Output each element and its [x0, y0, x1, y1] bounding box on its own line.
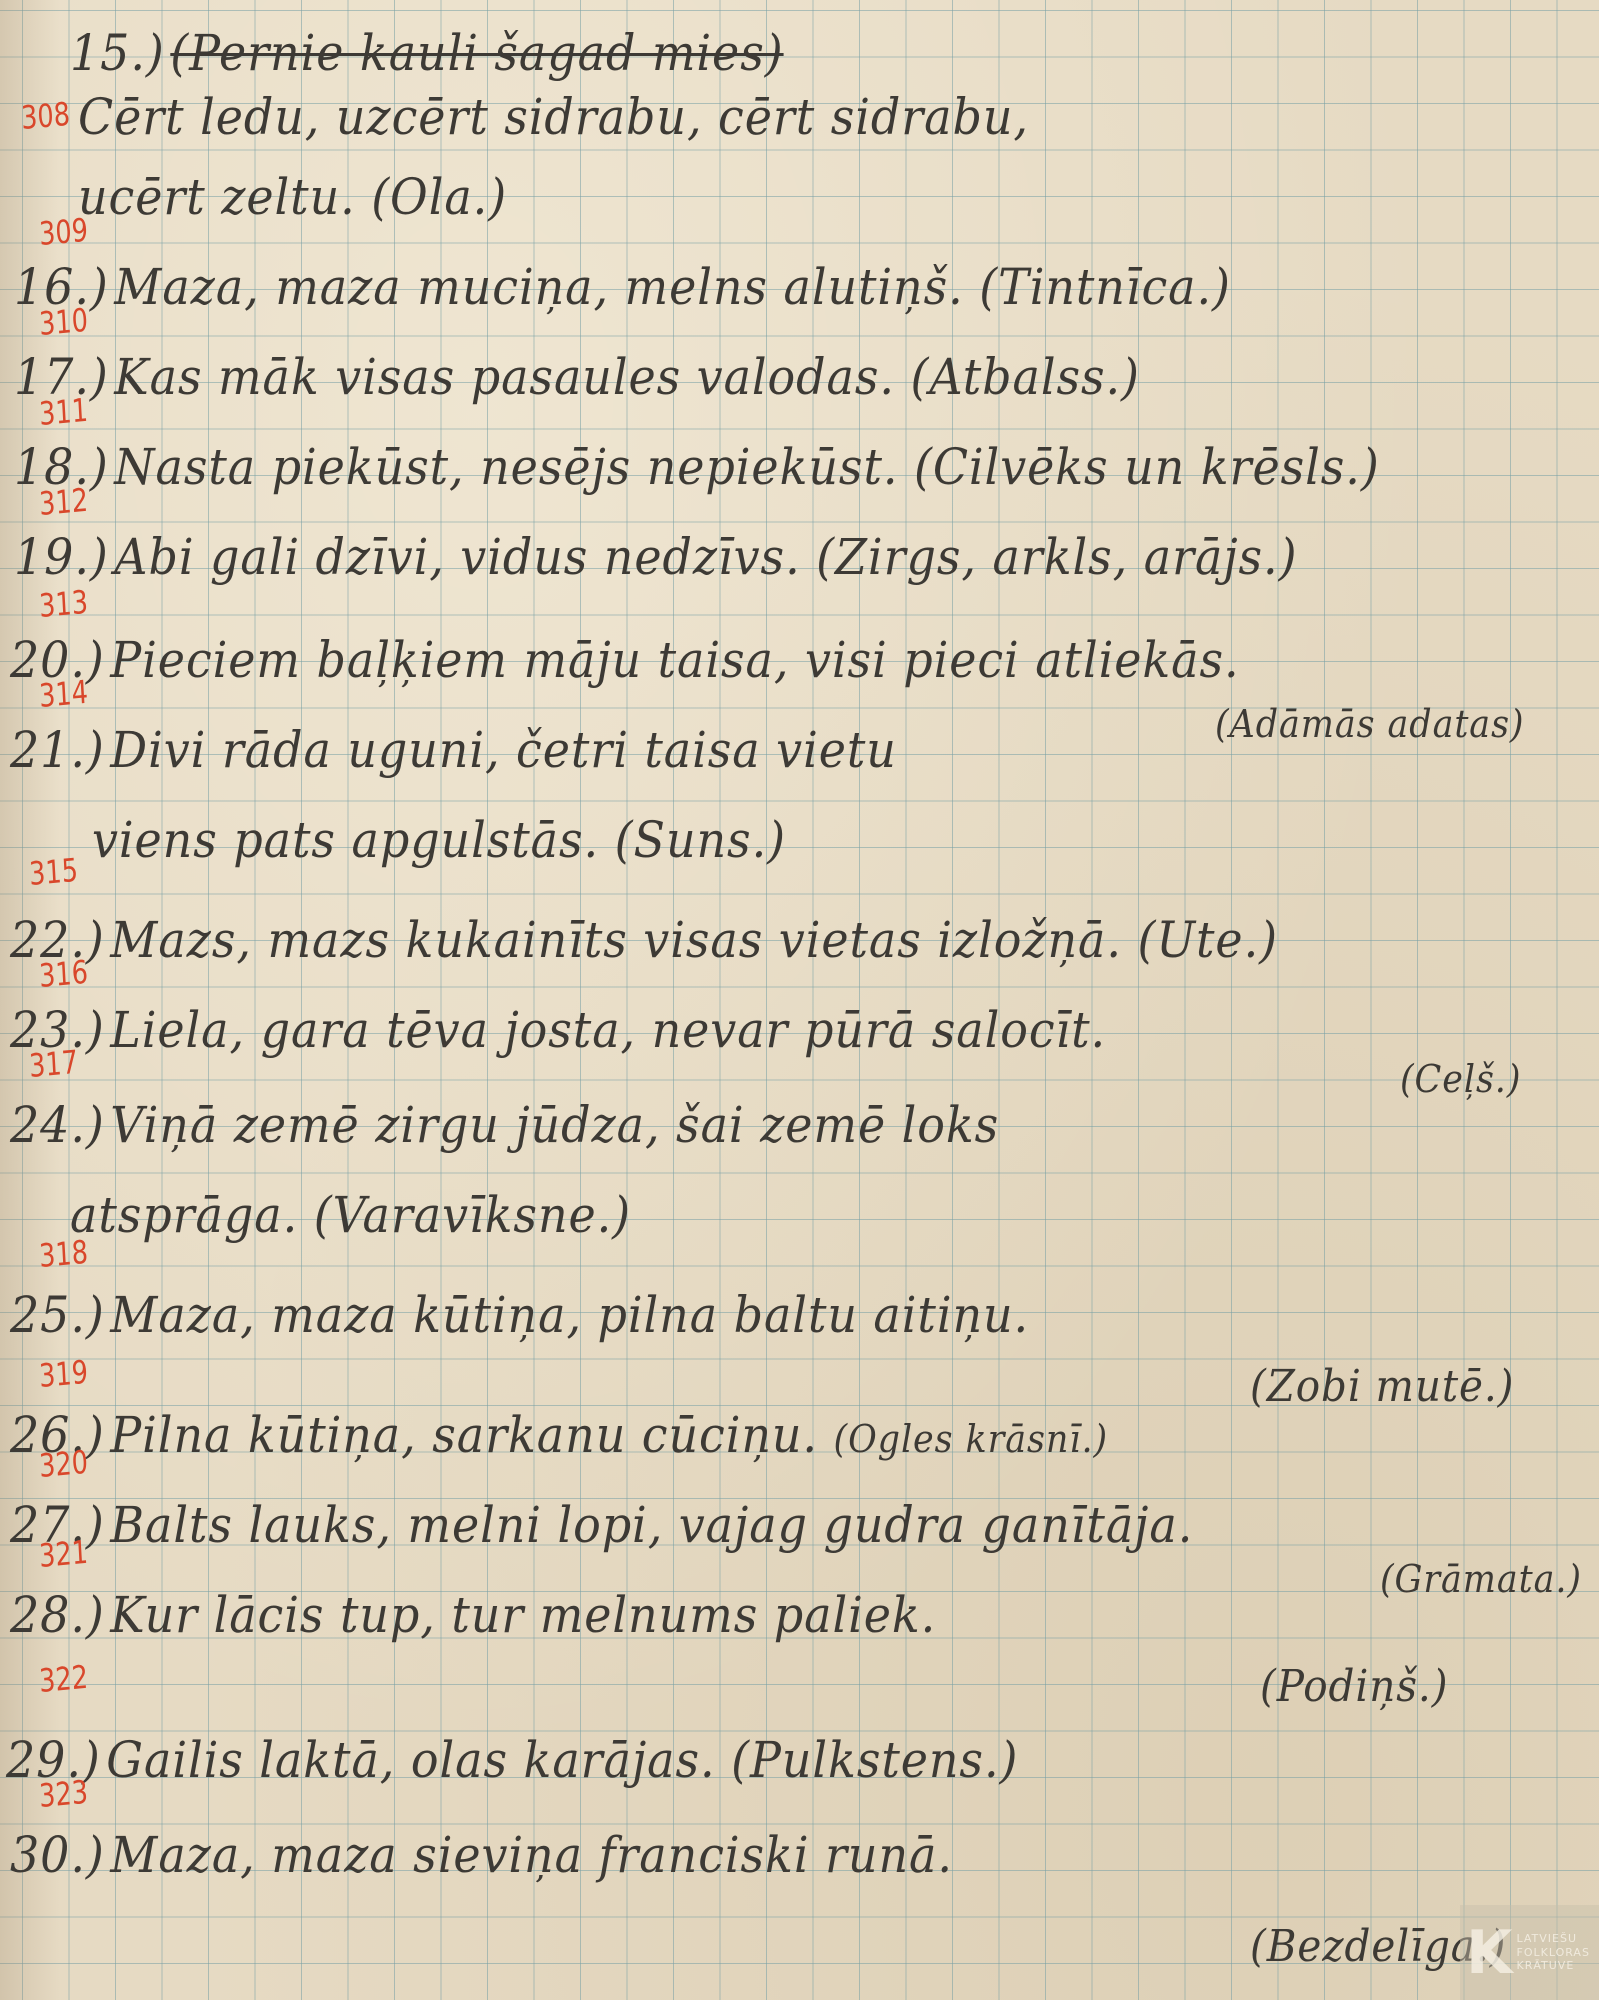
entry-308-line1: Cērt ledu, uzcērt sidrabu, cērt sidrabu,: [78, 92, 1029, 142]
reference-number: 318: [38, 1236, 89, 1272]
reference-number: 312: [38, 484, 89, 520]
reference-number: 319: [38, 1356, 89, 1392]
reference-number: 322: [38, 1661, 89, 1697]
riddle-answer: (Ogles krāsnī.): [834, 1417, 1109, 1461]
riddle-answer: (Varavīksne.): [314, 1186, 631, 1244]
entry-20: 20.)Pieciem baļķiem māju taisa, visi pie…: [10, 635, 1240, 685]
watermark-line: LATVIEŠU: [1517, 1932, 1590, 1946]
entry-21-line2: viens pats apgulstās. (Suns.): [92, 815, 786, 865]
entry-24-line1: 24.)Viņā zemē zirgu jūdza, šai zemē loks: [10, 1100, 999, 1150]
entry-18: 18.)Nasta piekūst, nesējs nepiekūst. (Ci…: [14, 442, 1380, 492]
riddle-answer: (Atbalss.): [911, 348, 1140, 406]
entry-29: 29.)Gailis laktā, olas karājas. (Pulkste…: [6, 1735, 1018, 1785]
entry-25-answer: (Zobi mutē.): [1250, 1365, 1514, 1409]
riddle-text: Pieciem baļķiem māju taisa, visi pieci a…: [110, 631, 1239, 689]
entry-30: 30.)Maza, maza sieviņa franciski runā.: [10, 1830, 953, 1880]
entry-308-line2: ucērt zeltu. (Ola.): [78, 172, 507, 222]
riddle-text: Kur lācis tup, tur melnums paliek.: [110, 1586, 936, 1644]
entry-16: 16.)Maza, maza muciņa, melns alutiņš. (T…: [14, 262, 1231, 312]
entry-number: 21.): [10, 721, 105, 779]
entry-27: 27.)Balts lauks, melni lopi, vajag gudra…: [10, 1500, 1193, 1550]
riddle-text: Mazs, mazs kukainīts visas vietas izložņ…: [110, 911, 1122, 969]
entry-number: 19.): [14, 528, 109, 586]
entry-17: 17.)Kas māk visas pasaules valodas. (Atb…: [14, 352, 1140, 402]
entry-number: 25.): [10, 1286, 105, 1344]
riddle-text: Maza, maza muciņa, melns alutiņš.: [114, 258, 963, 316]
struck-text: (Pernie kauli šagad mies): [170, 24, 783, 82]
riddle-answer: (Ute.): [1137, 911, 1278, 969]
reference-number: 308: [20, 98, 71, 134]
entry-23: 23.)Liela, gara tēva josta, nevar pūrā s…: [10, 1005, 1106, 1055]
watermark-text: LATVIEŠU FOLKLORAS KRĀTUVE: [1517, 1932, 1590, 1973]
reference-number: 316: [38, 956, 89, 992]
riddle-text: Gailis laktā, olas karājas.: [106, 1731, 715, 1789]
entry-23-answer: (Ceļš.): [1400, 1060, 1521, 1098]
riddle-answer: (Pulkstens.): [731, 1731, 1018, 1789]
riddle-text: Liela, gara tēva josta, nevar pūrā saloc…: [110, 1001, 1106, 1059]
entry-28: 28.)Kur lācis tup, tur melnums paliek.: [10, 1590, 936, 1640]
riddle-answer: (Suns.): [615, 811, 786, 869]
reference-number: 321: [38, 1536, 89, 1572]
watermark-line: KRĀTUVE: [1517, 1959, 1590, 1973]
entry-25: 25.)Maza, maza kūtiņa, pilna baltu aitiņ…: [10, 1290, 1029, 1340]
riddle-text: Balts lauks, melni lopi, vajag gudra gan…: [110, 1496, 1193, 1554]
reference-number: 317: [28, 1046, 79, 1082]
riddle-text: Divi rāda uguni, četri taisa vietu: [110, 721, 896, 779]
entry-28-answer: (Podiņš.): [1260, 1665, 1448, 1709]
riddle-text: Maza, maza sieviņa franciski runā.: [110, 1826, 953, 1884]
archive-watermark: K LATVIEŠU FOLKLORAS KRĀTUVE: [1460, 1905, 1599, 2000]
entry-number: 30.): [10, 1826, 105, 1884]
entry-27-answer: (Grāmata.): [1380, 1560, 1582, 1598]
entry-number: 15.): [70, 24, 165, 82]
reference-number: 313: [38, 586, 89, 622]
riddle-answer: (Cilvēks un krēsls.): [914, 438, 1380, 496]
riddle-text: Maza, maza kūtiņa, pilna baltu aitiņu.: [110, 1286, 1029, 1344]
riddle-text: Viņā zemē zirgu jūdza, šai zemē loks: [110, 1096, 999, 1154]
reference-number: 323: [38, 1776, 89, 1812]
entry-19: 19.)Abi gali dzīvi, vidus nedzīvs. (Zirg…: [14, 532, 1297, 582]
reference-number: 320: [38, 1446, 89, 1482]
entry-26: 26.)Pilna kūtiņa, sarkanu cūciņu. (Ogles…: [10, 1410, 1108, 1460]
entry-21-line1: 21.)Divi rāda uguni, četri taisa vietu: [10, 725, 897, 775]
entry-15: 15.)(Pernie kauli šagad mies): [70, 28, 784, 78]
riddle-answer: (Tintnīca.): [979, 258, 1231, 316]
riddle-text: Pilna kūtiņa, sarkanu cūciņu.: [110, 1406, 818, 1464]
archive-logo-icon: K: [1466, 1918, 1513, 1988]
riddle-answer: (Zirgs, arkls, arājs.): [816, 528, 1297, 586]
entry-number: 28.): [10, 1586, 105, 1644]
reference-number: 311: [38, 394, 89, 430]
riddle-text-continued: viens pats apgulstās.: [92, 811, 599, 869]
reference-number: 314: [38, 676, 89, 712]
riddle-text: Nasta piekūst, nesējs nepiekūst.: [114, 438, 898, 496]
riddle-text: Abi gali dzīvi, vidus nedzīvs.: [114, 528, 800, 586]
entry-20-answer: (Adāmās adatas): [1215, 705, 1524, 743]
entry-22: 22.)Mazs, mazs kukainīts visas vietas iz…: [10, 915, 1278, 965]
watermark-line: FOLKLORAS: [1517, 1946, 1590, 1960]
reference-number: 315: [28, 854, 79, 890]
reference-number: 309: [38, 214, 89, 250]
riddle-text: Kas māk visas pasaules valodas.: [114, 348, 895, 406]
riddle-text-continued: atsprāga.: [70, 1186, 298, 1244]
entry-number: 24.): [10, 1096, 105, 1154]
reference-number: 310: [38, 304, 89, 340]
entry-24-line2: atsprāga. (Varavīksne.): [70, 1190, 631, 1240]
